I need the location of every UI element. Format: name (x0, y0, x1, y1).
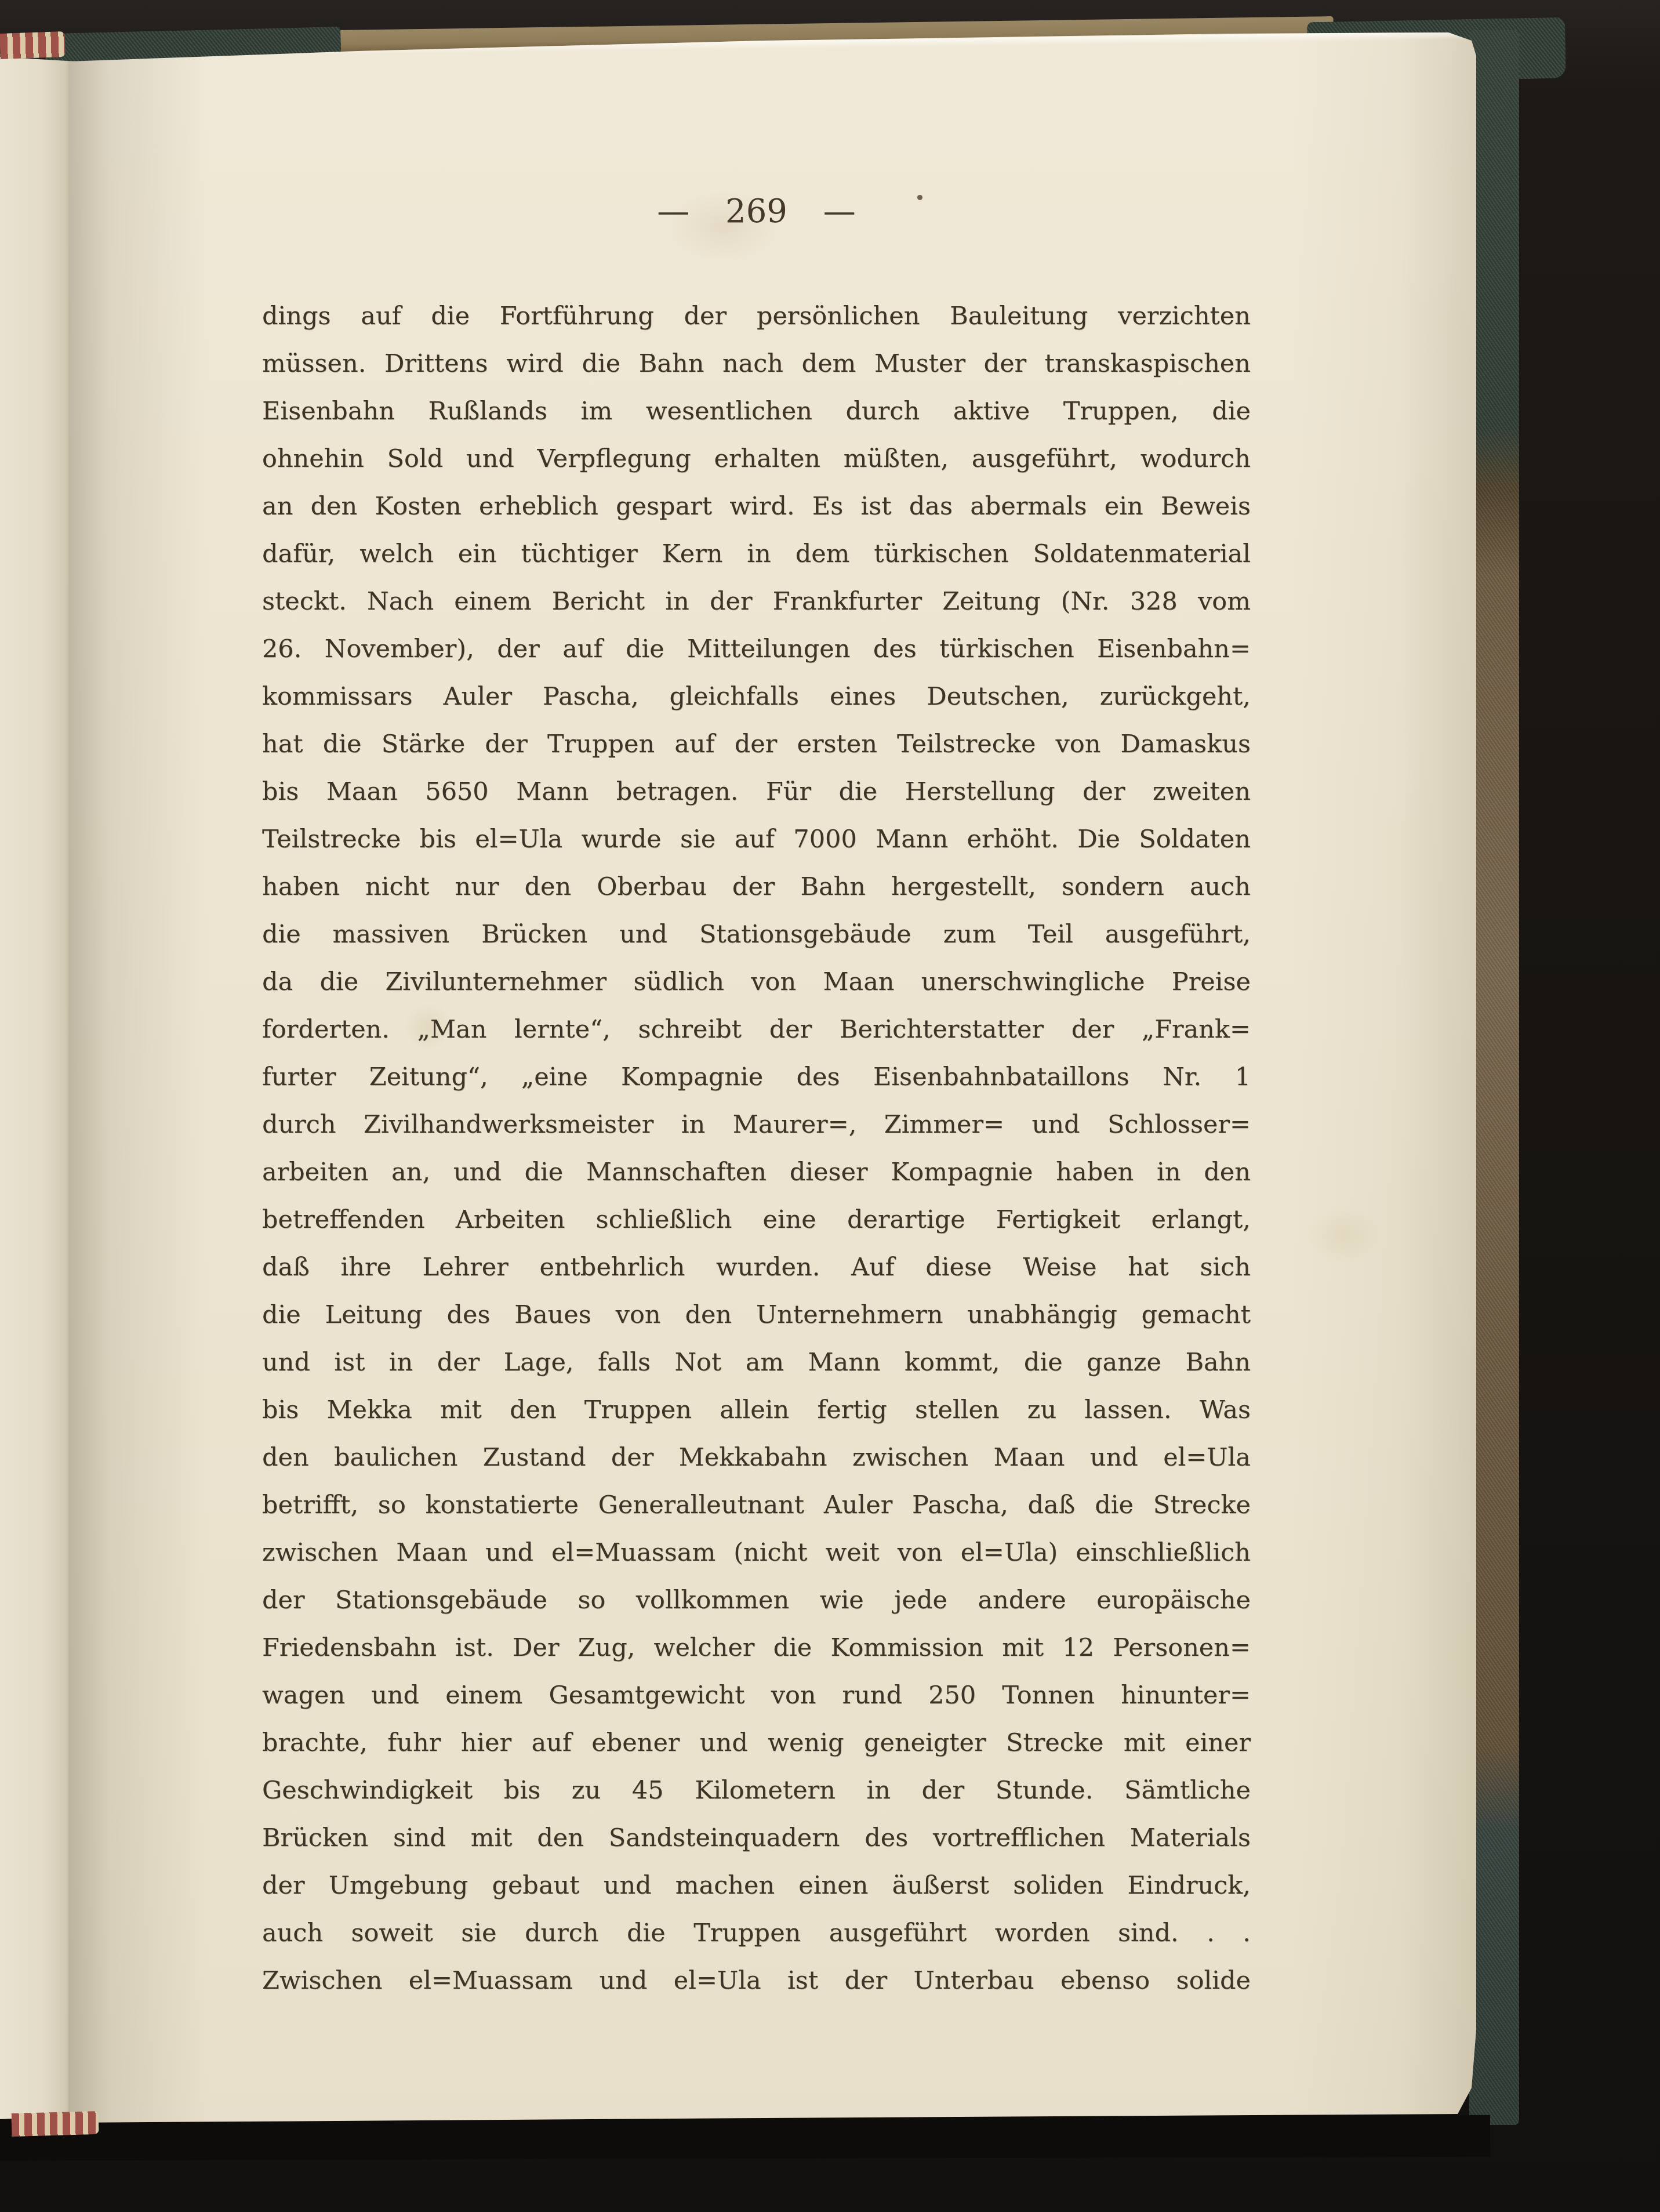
facing-page-gutter (0, 48, 77, 2124)
body-text: dings auf die Fortführung der persönlich… (262, 292, 1251, 2004)
text-line: Brücken sind mit den Sandsteinquadern de… (262, 1814, 1251, 1862)
scanned-book-photo: — 269 — dings auf die Fortführung der pe… (0, 0, 1660, 2212)
text-line: bis Maan 5650 Mann betragen. Für die Her… (262, 768, 1251, 815)
text-line: da die Zivilunternehmer südlich von Maan… (262, 958, 1251, 1006)
text-line: Friedensbahn ist. Der Zug, welcher die K… (262, 1624, 1251, 1671)
text-line: den baulichen Zustand der Mekkabahn zwis… (262, 1434, 1251, 1481)
text-line: durch Zivilhandwerksmeister in Maurer=, … (262, 1101, 1251, 1148)
text-line: Teilstrecke bis el=Ula wurde sie auf 700… (262, 815, 1251, 863)
page-number: — 269 — (262, 191, 1251, 232)
text-line: Geschwindigkeit bis zu 45 Kilometern in … (262, 1767, 1251, 1814)
paper-speck (917, 195, 922, 200)
text-line: an den Kosten erheblich gespart wird. Es… (262, 483, 1251, 530)
text-line: Eisenbahn Rußlands im wesentlichen durch… (262, 387, 1251, 435)
text-line: arbeiten an, und die Mannschaften dieser… (262, 1148, 1251, 1196)
text-line: und ist in der Lage, falls Not am Mann k… (262, 1339, 1251, 1386)
text-line: hat die Stärke der Truppen auf der erste… (262, 720, 1251, 768)
text-line: furter Zeitung“, „eine Kompagnie des Eis… (262, 1053, 1251, 1101)
text-line: dings auf die Fortführung der persönlich… (262, 292, 1251, 340)
text-line: kommissars Auler Pascha, gleichfalls ein… (262, 673, 1251, 720)
text-line: der Stationsgebäude so vollkommen wie je… (262, 1576, 1251, 1624)
cover-right-edge (1469, 30, 1519, 2125)
text-line: steckt. Nach einem Bericht in der Frankf… (262, 578, 1251, 625)
text-line: brachte, fuhr hier auf ebener und wenig … (262, 1719, 1251, 1767)
text-line: müssen. Drittens wird die Bahn nach dem … (262, 340, 1251, 387)
text-line: ohnehin Sold und Verpflegung erhalten mü… (262, 435, 1251, 483)
headband-bottom (11, 2111, 99, 2137)
text-line: auch soweit sie durch die Truppen ausgef… (262, 1909, 1251, 1957)
text-line: betrifft, so konstatierte Generalleutnan… (262, 1481, 1251, 1529)
cover-bottom-edge (0, 2115, 1490, 2161)
text-line: betreffenden Arbeiten schließlich eine d… (262, 1196, 1251, 1243)
text-line: dafür, welch ein tüchtiger Kern in dem t… (262, 530, 1251, 578)
headband-top (0, 31, 66, 59)
text-line: die massiven Brücken und Stationsgebäude… (262, 911, 1251, 958)
text-line: daß ihre Lehrer entbehrlich wurden. Auf … (262, 1243, 1251, 1291)
text-line: der Umgebung gebaut und machen einen äuß… (262, 1862, 1251, 1909)
text-line: forderten. „Man lernte“, schreibt der Be… (262, 1006, 1251, 1053)
text-line: 26. November), der auf die Mitteilungen … (262, 625, 1251, 673)
text-line: haben nicht nur den Oberbau der Bahn her… (262, 863, 1251, 911)
text-line: Zwischen el=Muassam und el=Ula ist der U… (262, 1957, 1251, 2004)
text-line: zwischen Maan und el=Muassam (nicht weit… (262, 1529, 1251, 1576)
text-line: bis Mekka mit den Truppen allein fertig … (262, 1386, 1251, 1434)
text-line: die Leitung des Baues von den Unternehme… (262, 1291, 1251, 1339)
text-line: wagen und einem Gesamtgewicht von rund 2… (262, 1671, 1251, 1719)
